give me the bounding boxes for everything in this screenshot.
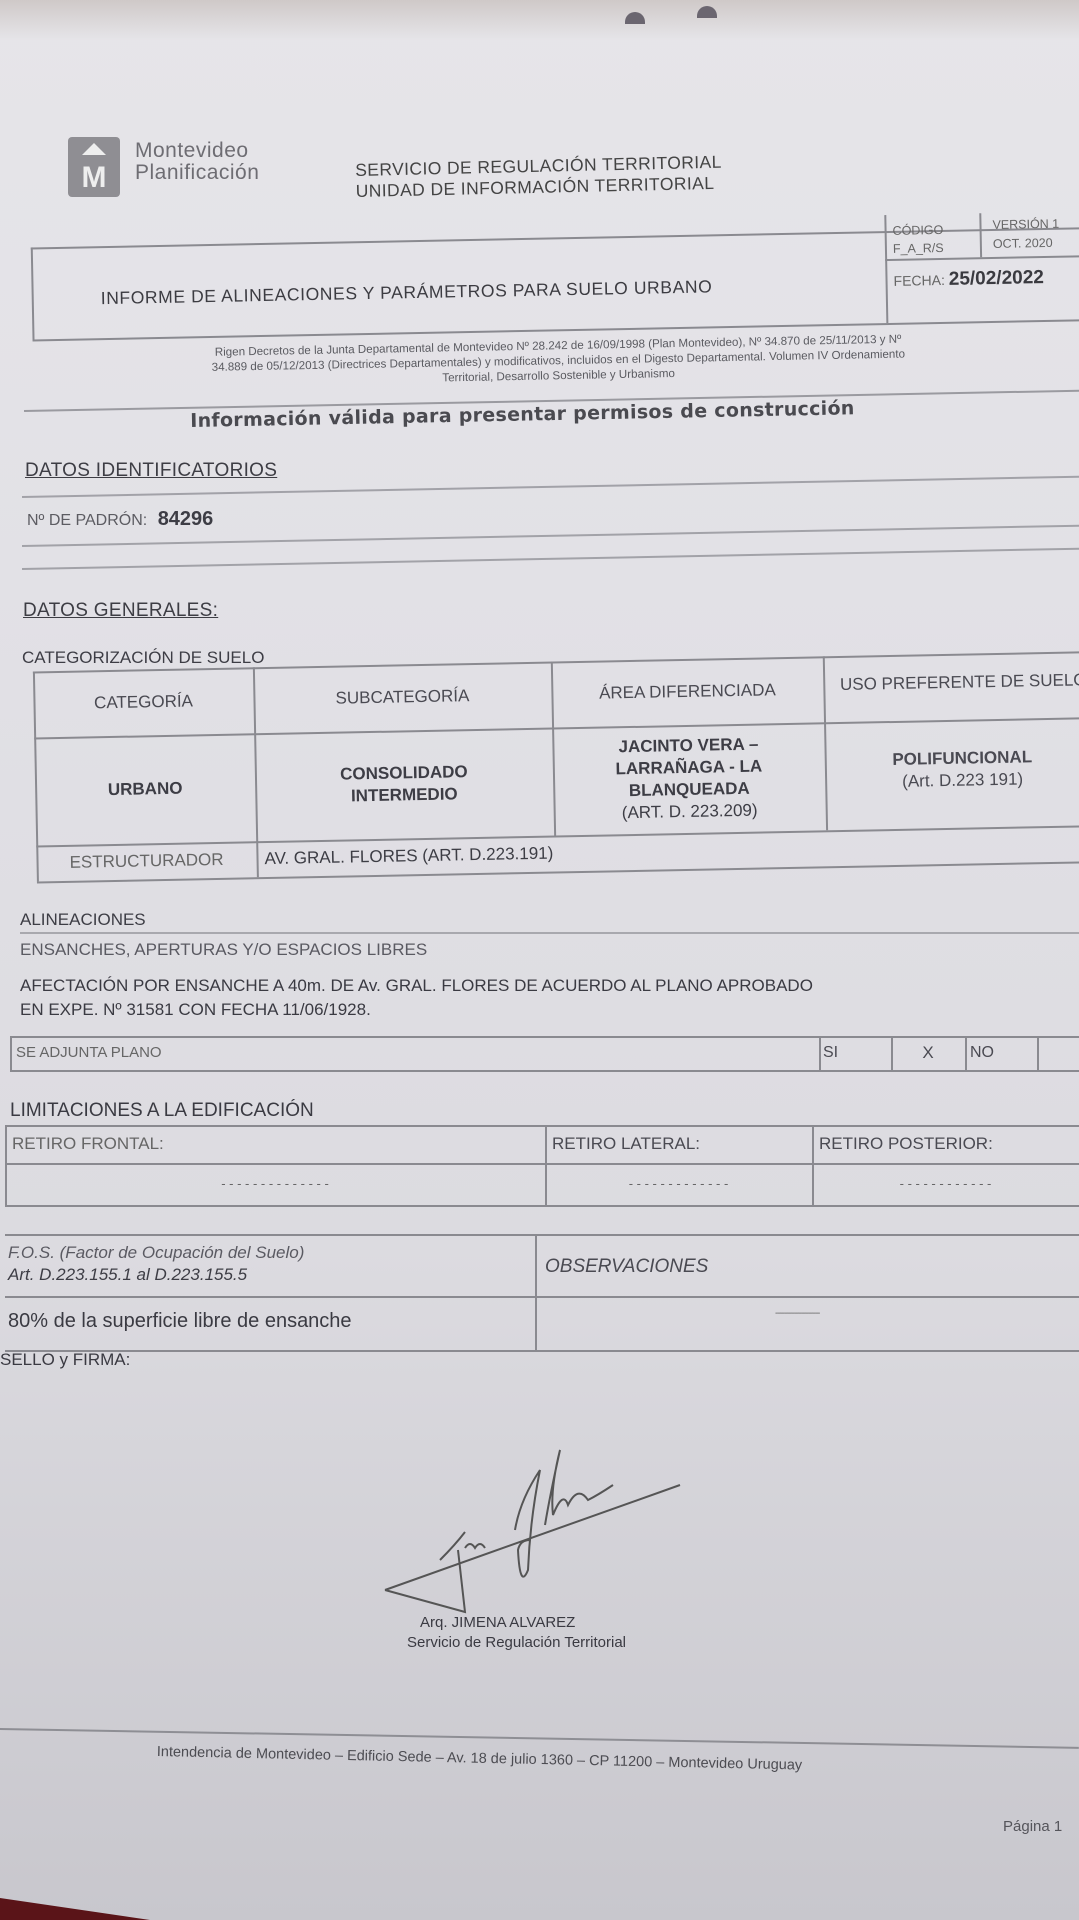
fos-table: F.O.S. (Factor de Ocupación del Suelo) A… [0,0,1079,1360]
fos-label-line-1: F.O.S. (Factor de Ocupación del Suelo) [8,1242,304,1264]
document-page: M Montevideo Planificación SERVICIO DE R… [0,0,1079,1920]
fos-label: F.O.S. (Factor de Ocupación del Suelo) A… [8,1242,304,1286]
signer-name: Arq. JIMENA ALVAREZ [420,1614,575,1631]
observaciones-label: OBSERVACIONES [545,1256,708,1278]
signature-icon [370,1440,690,1620]
fos-label-line-2: Art. D.223.155.1 al D.223.155.5 [8,1264,304,1286]
signer-office: Servicio de Regulación Territorial [407,1634,626,1651]
sello-firma-label: SELLO y FIRMA: [0,1350,130,1370]
observaciones-value: ------------------- [775,1308,819,1319]
page-number: Página 1 [1003,1818,1062,1835]
fos-value: 80% de la superficie libre de ensanche [8,1310,352,1333]
background-object [0,1898,150,1920]
footer-address: Intendencia de Montevideo – Edificio Sed… [157,1744,803,1774]
